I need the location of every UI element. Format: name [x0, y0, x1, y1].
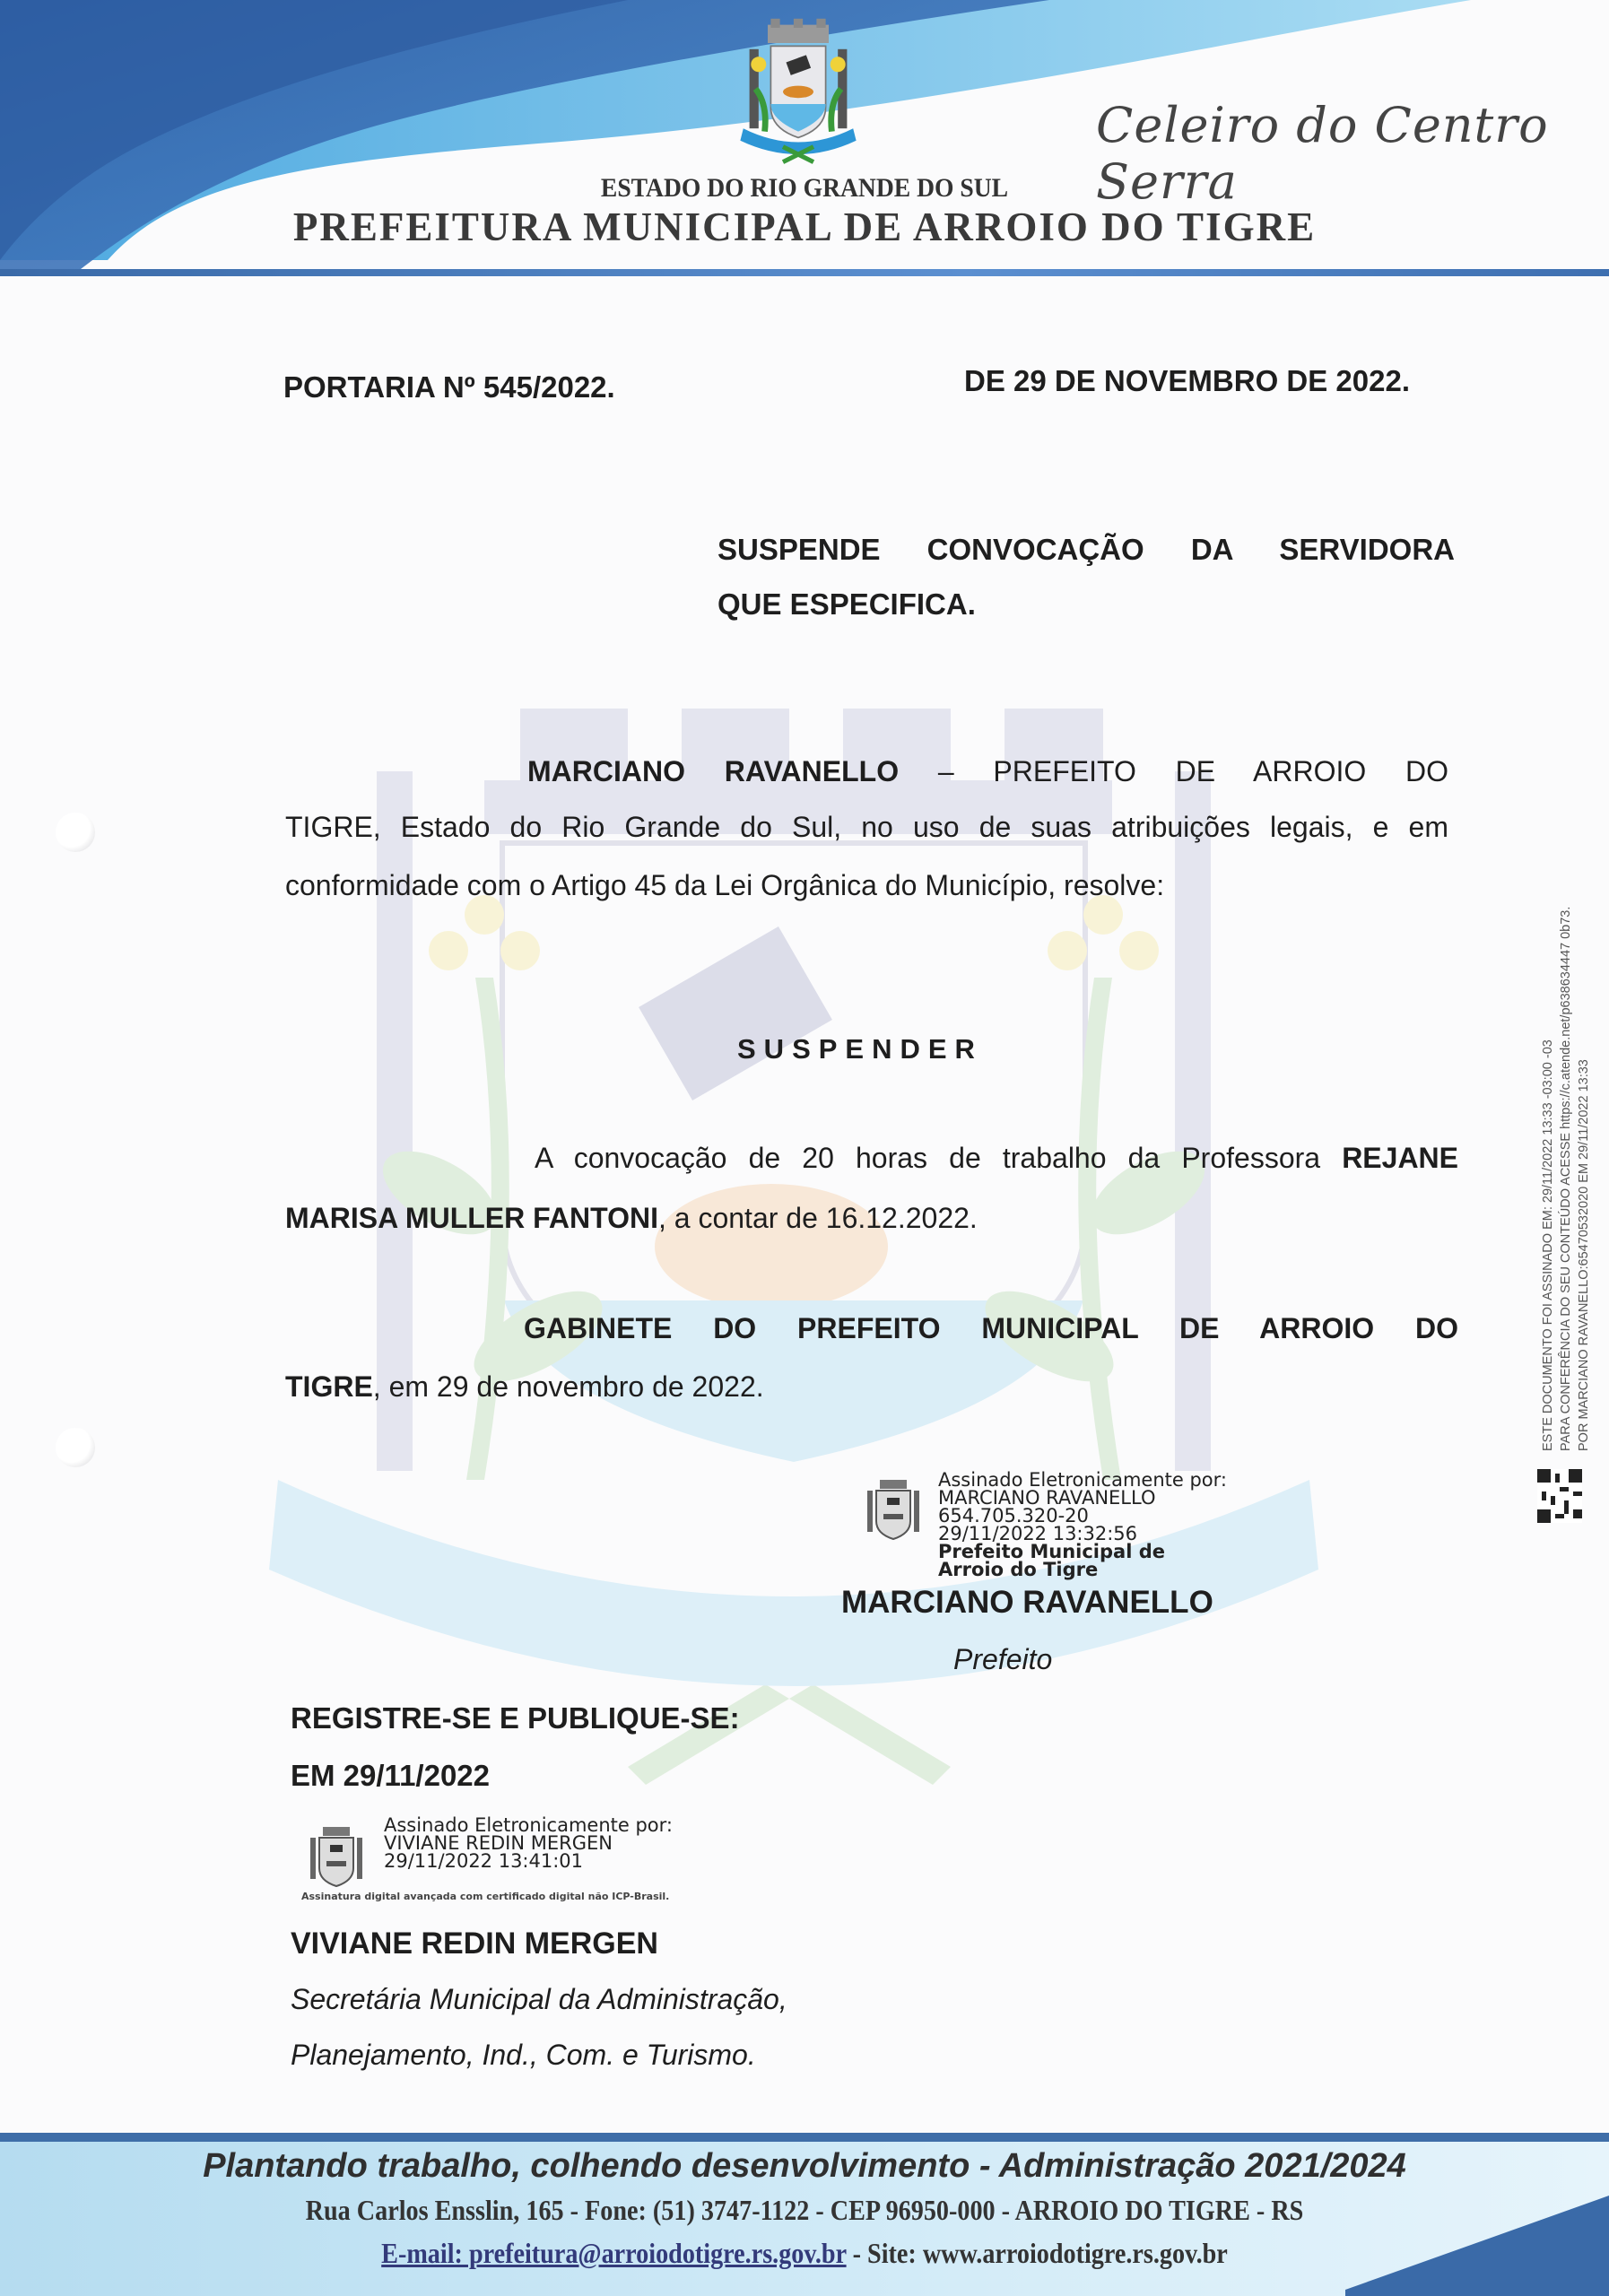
- signature-label: Assinado Eletronicamente por:: [384, 1816, 673, 1834]
- punch-hole-mark: [56, 813, 95, 852]
- header-state-name: ESTADO DO RIO GRANDE DO SUL: [65, 173, 1544, 204]
- article-effective-date: , a contar de 16.12.2022.: [658, 1202, 978, 1234]
- mayor-electronic-signature: Assinado Eletronicamente por: MARCIANO R…: [938, 1471, 1227, 1578]
- signature-timestamp: 29/11/2022 13:41:01: [384, 1852, 673, 1870]
- preamble-line3: conformidade com o Artigo 45 da Lei Orgâ…: [285, 867, 1164, 903]
- mayor-name: MARCIANO RAVANELLO: [841, 1585, 1213, 1621]
- ordinance-date: DE 29 DE NOVEMBRO DE 2022.: [964, 363, 1410, 399]
- footer-divider: [0, 2133, 1609, 2142]
- closing-line1: GABINETE DO PREFEITO MUNICIPAL DE ARROIO…: [524, 1310, 1458, 1346]
- secretary-role-line2: Planejamento, Ind., Com. e Turismo.: [291, 2037, 756, 2073]
- signature-timestamp: 29/11/2022 13:32:56: [938, 1525, 1227, 1543]
- ordinance-summary-line1: SUSPENDE CONVOCAÇÃO DA SERVIDORA: [718, 532, 1455, 568]
- closing-line2: TIGRE, em 29 de novembro de 2022.: [285, 1369, 764, 1405]
- signer-name: MARCIANO RAVANELLO: [938, 1489, 1227, 1507]
- header-divider: [0, 269, 1609, 276]
- footer-email-link[interactable]: E-mail: prefeitura@arroiodotigre.rs.gov.…: [381, 2237, 846, 2269]
- publication-date: EM 29/11/2022: [291, 1758, 490, 1794]
- article-line1: A convocação de 20 horas de trabalho da …: [535, 1140, 1458, 1176]
- resolution-action: SUSPENDER: [737, 1031, 983, 1067]
- punch-hole-mark: [56, 1428, 95, 1467]
- closing-date: , em 29 de novembro de 2022.: [373, 1370, 764, 1403]
- footer-site[interactable]: - Site: www.arroiodotigre.rs.gov.br: [847, 2237, 1228, 2269]
- closing-city: TIGRE: [285, 1370, 373, 1403]
- secretary-name: VIVIANE REDIN MERGEN: [291, 1926, 658, 1961]
- ordinance-summary-line2: QUE ESPECIFICA.: [718, 587, 976, 622]
- preamble-line2: TIGRE, Estado do Rio Grande do Sul, no u…: [285, 809, 1448, 845]
- secretary-role-line1: Secretária Municipal da Administração,: [291, 1981, 787, 2017]
- qr-code-icon[interactable]: [1537, 1469, 1582, 1523]
- signer-office-line2: Arroio do Tigre: [938, 1561, 1227, 1578]
- signature-label: Assinado Eletronicamente por:: [938, 1471, 1227, 1489]
- signature-seal-icon: [307, 1825, 366, 1892]
- icp-certificate-note: Assinatura digital avançada com certific…: [301, 1891, 714, 1902]
- footer-motto: Plantando trabalho, colhendo desenvolvim…: [0, 2147, 1609, 2186]
- employee-first-name: REJANE: [1342, 1142, 1458, 1174]
- side-stamp-line1: ESTE DOCUMENTO FOI ASSINADO EM: 29/11/20…: [1539, 734, 1557, 1451]
- footer-contact: E-mail: prefeitura@arroiodotigre.rs.gov.…: [97, 2237, 1513, 2270]
- secretary-electronic-signature: Assinado Eletronicamente por: VIVIANE RE…: [384, 1816, 673, 1870]
- signer-office-line1: Prefeito Municipal de: [938, 1543, 1227, 1561]
- ordinance-number: PORTARIA Nº 545/2022.: [283, 370, 615, 405]
- side-stamp-line3: POR MARCIANO RAVANELLO:65470532020 EM 29…: [1575, 734, 1593, 1451]
- employee-surname: MARISA MULLER FANTONI: [285, 1202, 658, 1234]
- crest-watermark: [269, 691, 1318, 1794]
- signature-seal-icon: [864, 1478, 923, 1544]
- verification-side-stamp: ESTE DOCUMENTO FOI ASSINADO EM: 29/11/20…: [1539, 734, 1593, 1451]
- side-stamp-line2[interactable]: PARA CONFERÊNCIA DO SEU CONTEÚDO ACESSE …: [1557, 734, 1575, 1451]
- publication-order: REGISTRE-SE E PUBLIQUE-SE:: [291, 1700, 740, 1736]
- mayor-name-inline: MARCIANO RAVANELLO: [527, 755, 899, 787]
- article-line2: MARISA MULLER FANTONI, a contar de 16.12…: [285, 1200, 978, 1236]
- preamble-line1: MARCIANO RAVANELLO – PREFEITO DE ARROIO …: [527, 753, 1448, 789]
- signer-name: VIVIANE REDIN MERGEN: [384, 1834, 673, 1852]
- header-municipality-name: PREFEITURA MUNICIPAL DE ARROIO DO TIGRE: [0, 204, 1609, 250]
- signer-id: 654.705.320-20: [938, 1507, 1227, 1525]
- preamble-line1-text: – PREFEITO DE ARROIO DO: [899, 755, 1448, 787]
- mayor-role: Prefeito: [953, 1641, 1052, 1677]
- article-text: A convocação de 20 horas de trabalho da …: [535, 1142, 1342, 1174]
- municipal-crest-logo: [722, 13, 874, 165]
- footer-address: Rua Carlos Ensslin, 165 - Fone: (51) 374…: [97, 2194, 1513, 2227]
